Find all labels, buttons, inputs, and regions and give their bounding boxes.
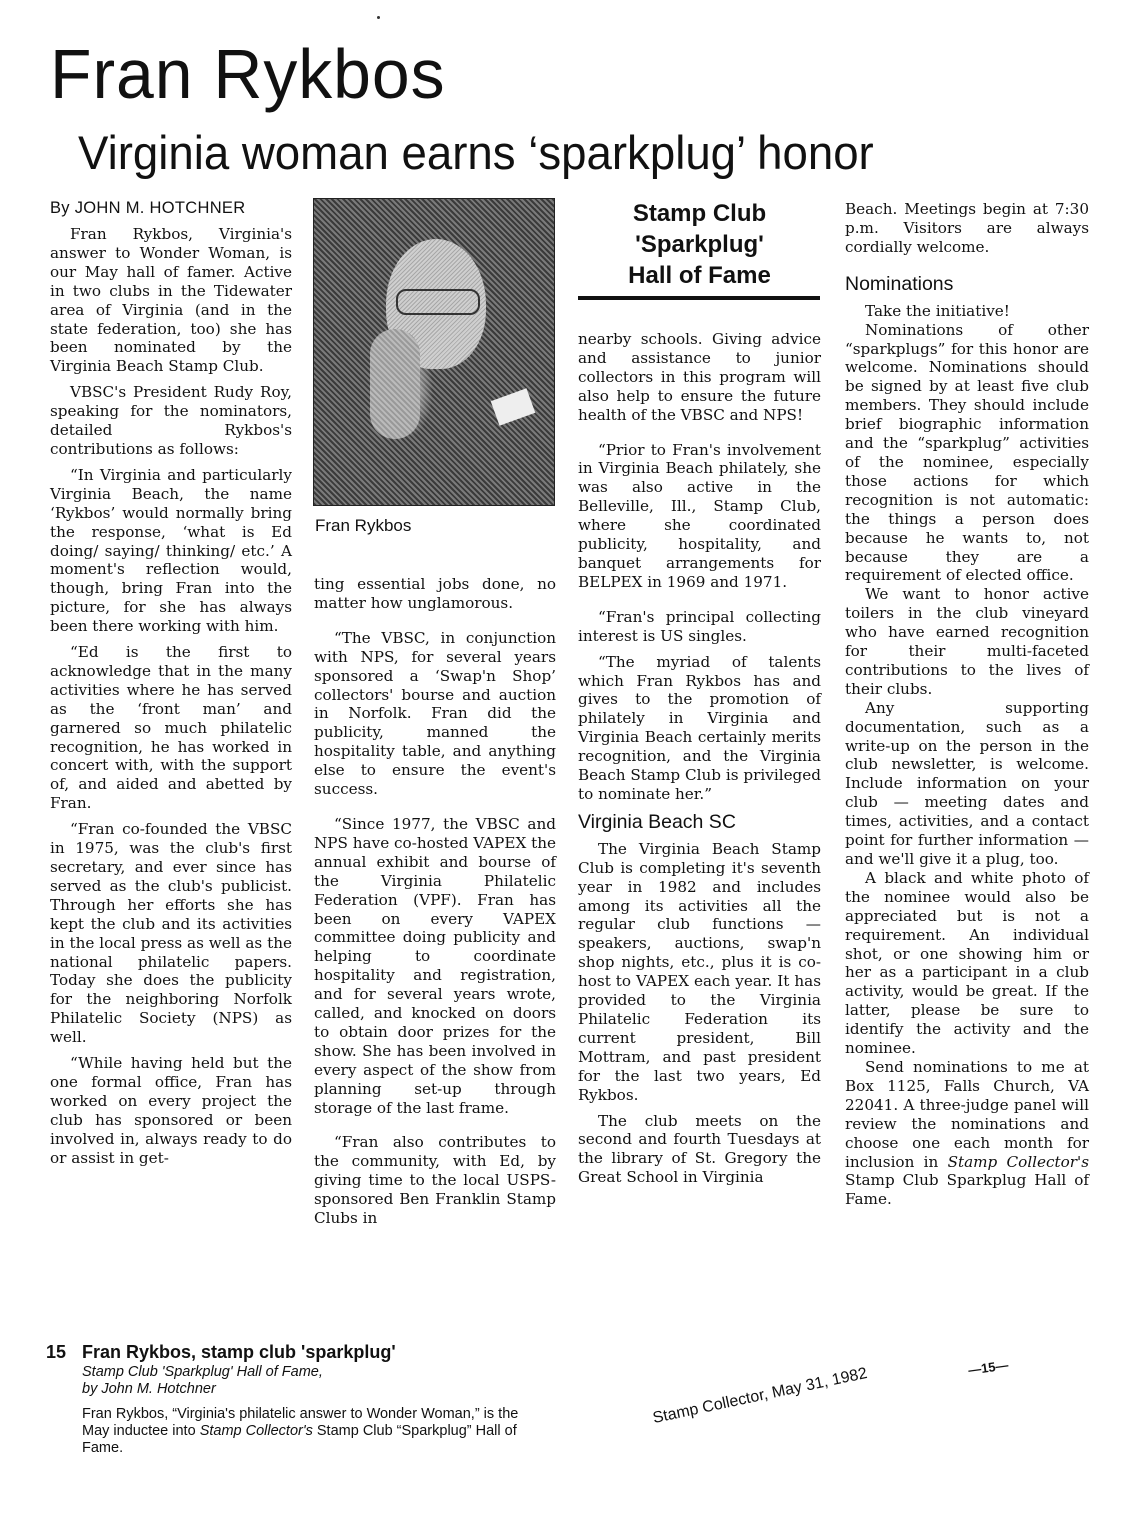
paragraph: “The VBSC, in conjunction with NPS, for … (314, 629, 556, 799)
paragraph: We want to honor active toilers in the c… (845, 585, 1089, 698)
paragraph: “In Virginia and particularly Virginia B… (50, 466, 292, 636)
article-column-3: nearby schools. Giving advice and assist… (578, 330, 821, 1194)
portrait-photo (313, 198, 555, 506)
source-line: by John M. Hotchner (82, 1381, 323, 1398)
box-title-line: Hall of Fame (578, 260, 821, 291)
paragraph: “Prior to Fran's involvement in Virginia… (578, 441, 821, 592)
article-column-4: Beach. Meetings begin at 7:30 p.m. Visit… (845, 200, 1089, 1209)
paragraph: “Fran also contributes to the community,… (314, 1133, 556, 1228)
publication-name: Stamp Collector's (948, 1153, 1089, 1171)
photo-glasses (396, 289, 480, 315)
paragraph: nearby schools. Giving advice and assist… (578, 330, 821, 425)
paragraph: “Since 1977, the VBSC and NPS have co-ho… (314, 815, 556, 1118)
paragraph: Nominations of other “sparkplugs” for th… (845, 321, 1089, 586)
subheadline: Virginia woman earns ‘sparkplug’ honor (78, 124, 874, 182)
headline: Fran Rykbos (50, 36, 446, 112)
print-speck (377, 16, 380, 19)
source-line: Stamp Club 'Sparkplug' Hall of Fame, (82, 1364, 323, 1381)
article-column-1: By JOHN M. HOTCHNER Fran Rykbos, Virgini… (50, 198, 292, 1175)
box-title-rule (578, 296, 820, 300)
paragraph: “Fran's principal collecting interest is… (578, 608, 821, 646)
index-item-source: Stamp Club 'Sparkplug' Hall of Fame, by … (82, 1364, 323, 1398)
index-item-number: 15 (46, 1341, 66, 1363)
index-item-title: Fran Rykbos, stamp club 'sparkplug' (82, 1341, 396, 1363)
publication-name: Stamp Collector's (200, 1423, 313, 1439)
section-heading-nominations: Nominations (845, 273, 1089, 295)
newspaper-page: Fran Rykbos Virginia woman earns ‘sparkp… (0, 0, 1143, 1528)
index-item-summary: Fran Rykbos, “Virginia's philatelic answ… (82, 1406, 542, 1457)
paragraph: Fran Rykbos, Virginia's answer to Wonder… (50, 225, 292, 376)
hall-of-fame-box-title: Stamp Club 'Sparkplug' Hall of Fame (578, 198, 821, 291)
photo-caption: Fran Rykbos (315, 516, 411, 536)
paragraph: “While having held but the one formal of… (50, 1054, 292, 1167)
paragraph: A black and white photo of the nominee w… (845, 869, 1089, 1058)
paragraph: The club meets on the second and fourth … (578, 1112, 821, 1188)
paragraph: Any supporting documentation, such as a … (845, 699, 1089, 869)
article-column-2: ting essential jobs done, no matter how … (314, 575, 556, 1235)
publication-date-stamp: Stamp Collector, May 31, 1982 (651, 1365, 869, 1428)
paragraph: “Ed is the first to acknowledge that in … (50, 643, 292, 813)
closing-text: Stamp Club Sparkplug Hall of Fame. (845, 1171, 1089, 1208)
section-heading-virginia-beach-sc: Virginia Beach SC (578, 811, 821, 833)
paragraph: The Virginia Beach Stamp Club is complet… (578, 840, 821, 1105)
box-title-line: 'Sparkplug' (578, 229, 821, 260)
photo-name-badge (491, 388, 536, 425)
photo-hand (370, 329, 420, 439)
paragraph: VBSC's President Rudy Roy, speaking for … (50, 383, 292, 459)
page-number: —15— (967, 1357, 1009, 1377)
byline: By JOHN M. HOTCHNER (50, 198, 292, 218)
paragraph-closing: Send nominations to me at Box 1125, Fall… (845, 1058, 1089, 1209)
box-title-line: Stamp Club (578, 198, 821, 229)
paragraph: Take the initiative! (845, 302, 1089, 321)
paragraph: “The myriad of talents which Fran Rykbos… (578, 653, 821, 804)
paragraph: “Fran co-founded the VBSC in 1975, was t… (50, 820, 292, 1047)
paragraph: Beach. Meetings begin at 7:30 p.m. Visit… (845, 200, 1089, 257)
paragraph: ting essential jobs done, no matter how … (314, 575, 556, 613)
